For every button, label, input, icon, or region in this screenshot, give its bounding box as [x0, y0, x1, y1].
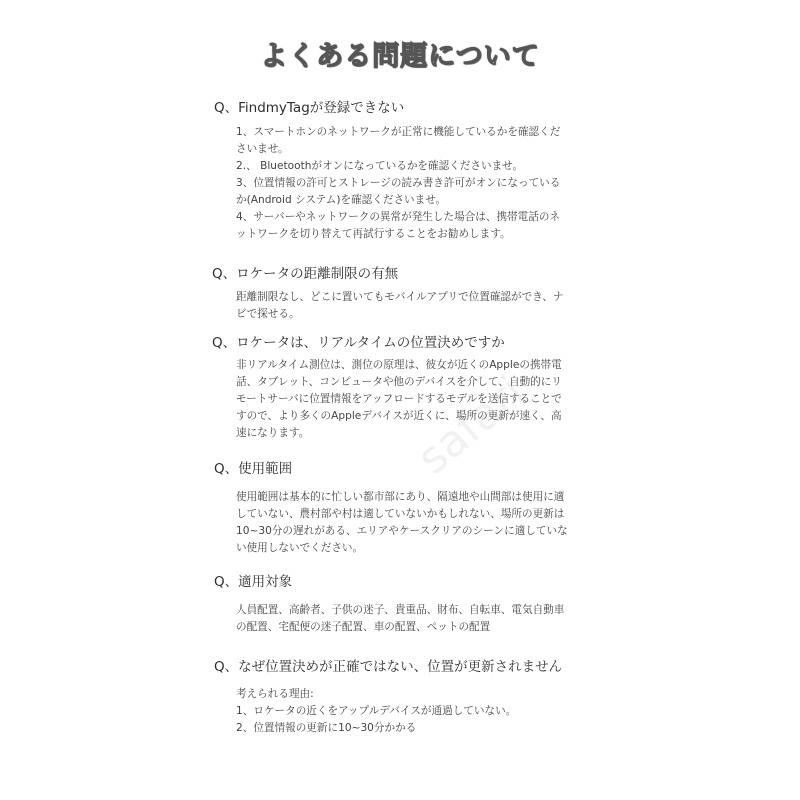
- page-title: よくある問題について: [0, 34, 800, 73]
- answer-line: 考えられる理由:: [236, 686, 586, 703]
- faq-answer-4: 使用範囲は基本的に忙しい都市部にあり、隔遠地や山間部は使用に適 していない、農村…: [236, 489, 586, 557]
- faq-question-3: Q、ロケータは、リアルタイムの位置決めですか: [212, 331, 505, 351]
- answer-line: 人員配置、高齢者、子供の迷子、貴重品、財布、自転車、電気自動車: [236, 602, 586, 619]
- faq-answer-2: 距離制限なし、どこに置いてもモバイルアプリで位置確認ができ、ナ ビで探せる。: [236, 289, 586, 323]
- faq-question-1: Q、FindmyTagが登録できない: [214, 96, 404, 116]
- answer-line: ットワークを切り替えて再試行することをお勧めします。: [236, 226, 586, 243]
- answer-line: 2、位置情報の更新に10~30分かかる: [236, 720, 586, 737]
- answer-line: い使用しないでください。: [236, 540, 586, 557]
- faq-question-6: Q、なぜ位置決めが正確ではない、位置が更新されません: [214, 655, 562, 675]
- answer-line: 速になります。: [236, 425, 586, 442]
- answer-line: 1、スマートホンのネットワークが正常に機能しているかを確認くだ: [236, 124, 586, 141]
- faq-answer-1: 1、スマートホンのネットワークが正常に機能しているかを確認くだ さいませ。 2.…: [236, 124, 586, 243]
- answer-line: していない、農村部や村は適していないかもしれない、場所の更新は: [236, 506, 586, 523]
- answer-line: すので、より多くのAppleデバイスが近くに、場所の更新が速く、高: [236, 408, 586, 425]
- answer-line: 10~30分の遅れがある、エリアやケースクリアのシーンに適していな: [236, 523, 586, 540]
- faq-question-2: Q、ロケータの距離制限の有無: [212, 262, 398, 282]
- answer-line: 2.、 Bluetoothがオンになっているかを確認くださいませ。: [236, 158, 586, 175]
- answer-line: 非リアルタイム測位は、測位の原理は、彼女が近くのAppleの携帯電: [236, 357, 586, 374]
- answer-line: さいませ。: [236, 141, 586, 158]
- answer-line: 4、サーバーやネットワークの異常が発生した場合は、携帯電話のネ: [236, 209, 586, 226]
- faq-answer-3: 非リアルタイム測位は、測位の原理は、彼女が近くのAppleの携帯電 話、タブレッ…: [236, 357, 586, 442]
- answer-line: 話、タブレット、コンピュータや他のデバイスを介して、自動的にリ: [236, 374, 586, 391]
- answer-line: の配置、宅配便の迷子配置、車の配置、ペットの配置: [236, 619, 586, 636]
- faq-question-4: Q、使用範囲: [214, 457, 292, 477]
- faq-answer-5: 人員配置、高齢者、子供の迷子、貴重品、財布、自転車、電気自動車 の配置、宅配便の…: [236, 602, 586, 636]
- faq-answer-6: 考えられる理由: 1、ロケータの近くをアップルデバイスが通過していない。 2、位…: [236, 686, 586, 737]
- answer-line: 使用範囲は基本的に忙しい都市部にあり、隔遠地や山間部は使用に適: [236, 489, 586, 506]
- faq-question-5: Q、適用対象: [214, 570, 292, 590]
- answer-line: ビで探せる。: [236, 306, 586, 323]
- answer-line: か(Android システム)を確認くださいませ。: [236, 192, 586, 209]
- answer-line: モートサーバに位置情報をアッフロードするモデルを送信することで: [236, 391, 586, 408]
- answer-line: 1、ロケータの近くをアップルデバイスが通過していない。: [236, 703, 586, 720]
- answer-line: 距離制限なし、どこに置いてもモバイルアプリで位置確認ができ、ナ: [236, 289, 586, 306]
- answer-line: 3、位置情報の許可とストレージの読み書き許可がオンになっている: [236, 175, 586, 192]
